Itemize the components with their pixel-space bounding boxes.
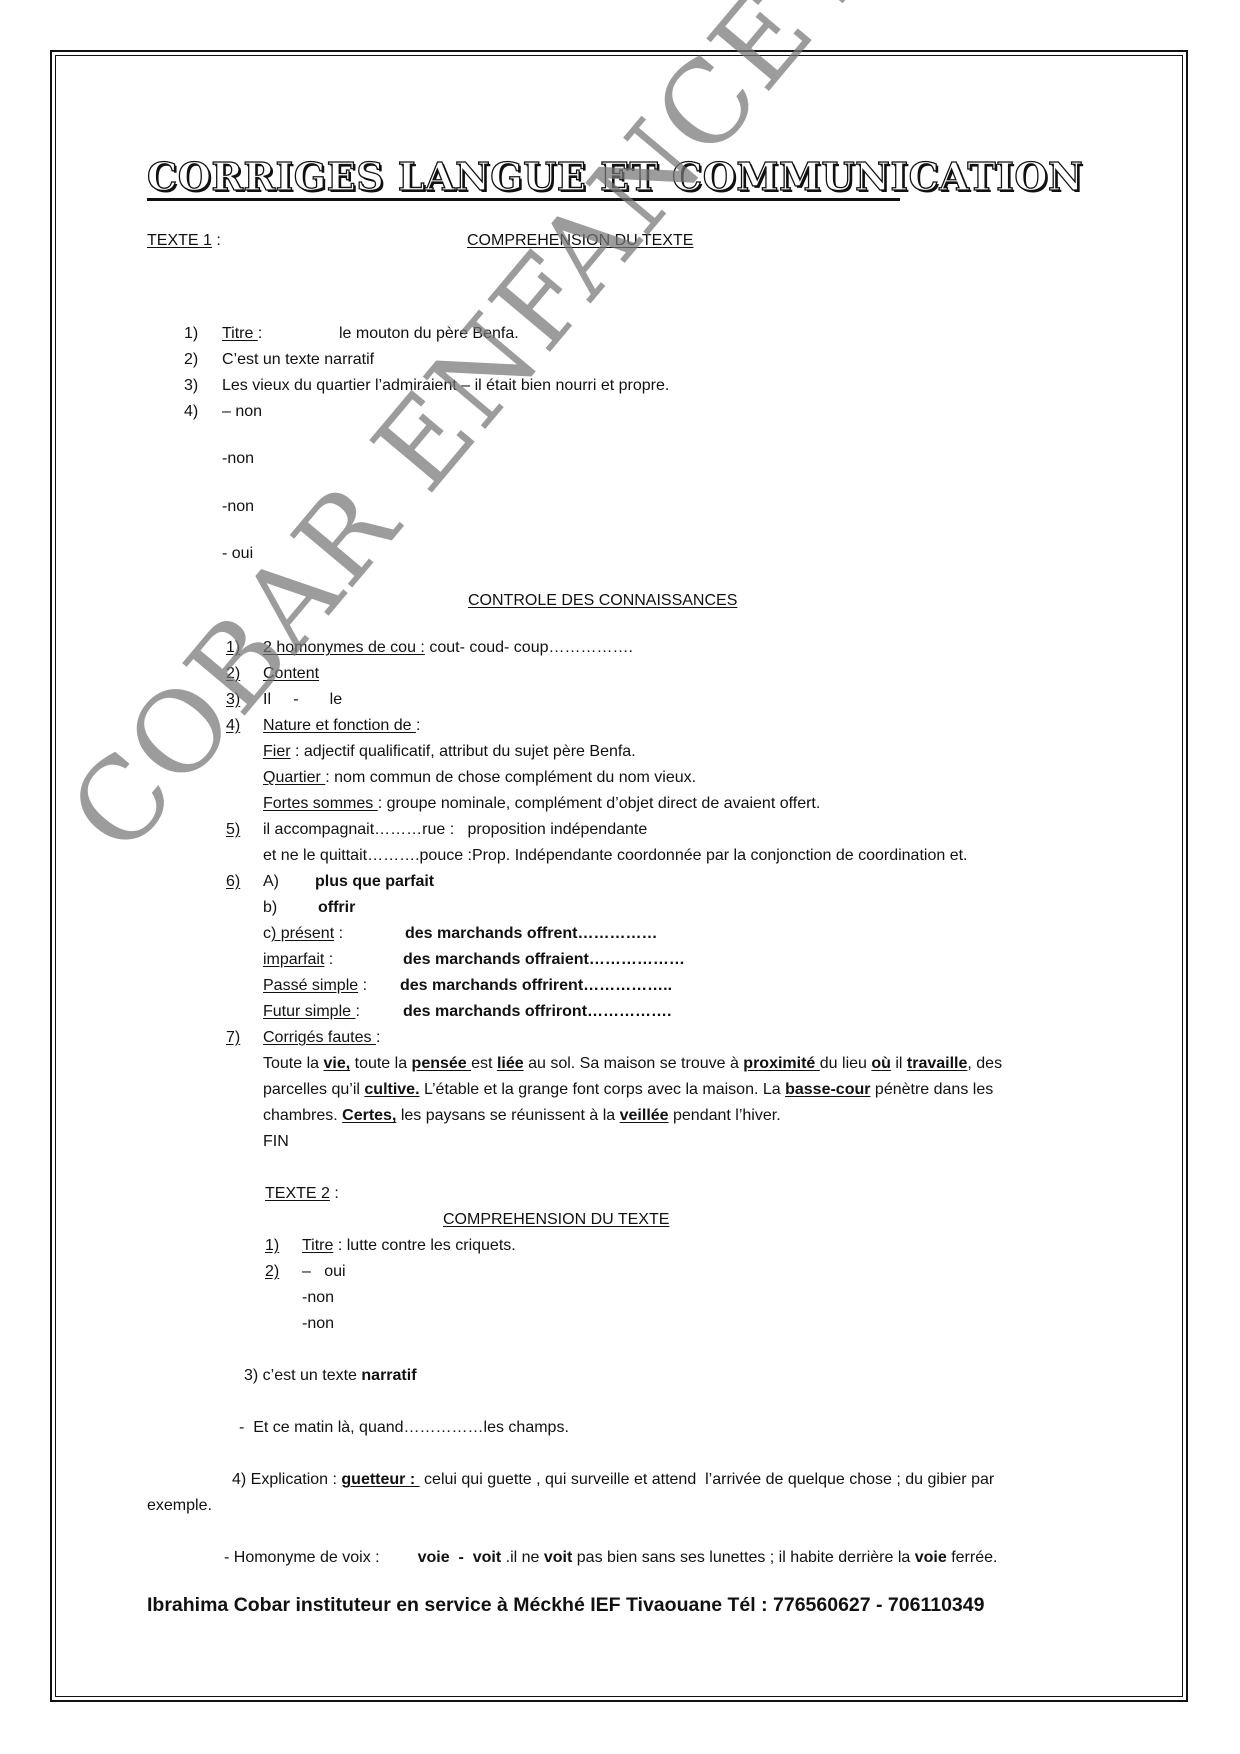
- q4-prefix: 4) Explication :: [232, 1471, 341, 1488]
- corrected-word: travaille: [907, 1055, 967, 1072]
- texte1-item-3: Les vieux du quartier l’admiraient – il …: [222, 376, 669, 396]
- corrected-word: cultive.: [364, 1081, 419, 1098]
- corrected-word: basse-cour: [785, 1081, 870, 1098]
- tense-label: ) présent: [271, 925, 334, 942]
- texte2-q1: Titre : lutte contre les criquets.: [302, 1236, 516, 1256]
- homonyme-line: - Homonyme de voix :voie - voit .il ne v…: [224, 1548, 997, 1568]
- fin-marker: FIN: [263, 1132, 289, 1152]
- text: .il ne: [501, 1549, 544, 1566]
- separator: :: [376, 1029, 380, 1046]
- q6-tense-futur-simple: Futur simple :: [263, 1002, 360, 1022]
- q6-imparfait-value: des marchands offraient………………: [403, 950, 685, 970]
- text: au sol. Sa maison se trouve à: [524, 1055, 744, 1072]
- texte2-label-text: TEXTE 2: [265, 1185, 330, 1202]
- controle-heading: CONTROLE DES CONNAISSANCES: [468, 591, 737, 611]
- corrected-word: où: [871, 1055, 891, 1072]
- q4-line-quartier: Quartier : nom commun de chose complémen…: [263, 768, 696, 788]
- separator: :: [416, 717, 420, 734]
- corrected-word: veillée: [620, 1107, 669, 1124]
- q6-a-label: A): [263, 872, 279, 892]
- document-title: CORRIGES LANGUE ET COMMUNICATION: [147, 154, 1083, 199]
- separator: :: [324, 951, 333, 968]
- corrected-word: pensée: [412, 1055, 472, 1072]
- q4-label: Nature et fonction de: [263, 717, 416, 734]
- q7-label: Corrigés fautes: [263, 1029, 376, 1046]
- text: pas bien sans ses lunettes ; il habite d…: [572, 1549, 914, 1566]
- term: Quartier: [263, 769, 325, 786]
- texte1-item-4: – non: [222, 402, 262, 422]
- texte2-label: TEXTE 2 :: [265, 1184, 339, 1204]
- question-number: 2): [265, 1262, 279, 1282]
- text: est: [471, 1055, 497, 1072]
- answer-4-line: -non: [222, 449, 254, 469]
- texte1-item-1: Titre :: [222, 324, 262, 344]
- footer-author-contact: Ibrahima Cobar instituteur en service à …: [147, 1594, 984, 1617]
- titre-value: : lutte contre les criquets.: [333, 1237, 515, 1254]
- question-number: 5): [226, 820, 240, 840]
- q6-futur-simple-value: des marchands offriront…………….: [403, 1002, 671, 1022]
- definition: : nom commun de chose complément du nom …: [325, 769, 696, 786]
- separator: :: [358, 977, 367, 994]
- q1-value: cout- coud- coup…………….: [425, 639, 633, 656]
- q6-b-value: offrir: [318, 898, 355, 918]
- corrected-word: vie,: [323, 1055, 350, 1072]
- q7-paragraph-line-1: Toute la vie, toute la pensée est liée a…: [263, 1054, 1002, 1074]
- question-number: 2): [226, 664, 240, 684]
- definition: : adjectif qualificatif, attribut du suj…: [291, 743, 636, 760]
- q4-line-fier: Fier : adjectif qualificatif, attribut d…: [263, 742, 636, 762]
- question-number: 3): [226, 690, 240, 710]
- texte1-label: TEXTE 1 :: [147, 231, 221, 251]
- item-number: 3): [184, 376, 198, 396]
- q5-line-2: et ne le quittait……….pouce :Prop. Indépe…: [263, 846, 967, 866]
- text: L’étable et la grange font corps avec la…: [420, 1081, 786, 1098]
- texte2-q3-line2: - Et ce matin là, quand……………les champs.: [239, 1418, 569, 1438]
- q3-bold: narratif: [361, 1367, 416, 1384]
- q6-tense-imparfait: imparfait :: [263, 950, 333, 970]
- texte2-q4-continuation: exemple.: [147, 1496, 212, 1516]
- controle-q3: Il - le: [263, 690, 342, 710]
- tense-label: Futur simple: [263, 1003, 355, 1020]
- separator: :: [355, 1003, 359, 1020]
- term: Fortes sommes: [263, 795, 378, 812]
- q6-a-value: plus que parfait: [315, 872, 434, 892]
- homonyme-word: voie: [418, 1549, 450, 1566]
- text: chambres.: [263, 1107, 342, 1124]
- q6-passe-simple-value: des marchands offrirent……………..: [400, 976, 672, 996]
- answer-4-line: -non: [222, 497, 254, 517]
- text: il: [891, 1055, 907, 1072]
- separator: :: [334, 925, 343, 942]
- dash: -: [450, 1549, 473, 1566]
- texte1-item-2: C’est un texte narratif: [222, 350, 374, 370]
- homonyme-word: voit: [544, 1549, 572, 1566]
- text: du lieu: [820, 1055, 872, 1072]
- controle-q2: Content: [263, 664, 319, 684]
- text: parcelles qu’il: [263, 1081, 364, 1098]
- texte2-label-suffix: :: [330, 1185, 339, 1202]
- homonyme-word: voie: [915, 1549, 947, 1566]
- question-number: 6): [226, 872, 240, 892]
- corrected-word: liée: [497, 1055, 524, 1072]
- titre-label: Titre: [302, 1237, 333, 1254]
- text: pendant l’hiver.: [669, 1107, 781, 1124]
- page-border-inner: [55, 55, 1183, 1697]
- text: Toute la: [263, 1055, 323, 1072]
- question-number: 1): [265, 1236, 279, 1256]
- text: , des: [967, 1055, 1002, 1072]
- corrected-word: Certes,: [342, 1107, 396, 1124]
- q6-b-label: b): [263, 898, 277, 918]
- q3-prefix: 3) c’est un texte: [244, 1367, 361, 1384]
- q6-tense-present: c) présent :: [263, 924, 343, 944]
- titre-label: Titre: [222, 325, 258, 342]
- homonyme-prefix: - Homonyme de voix :: [224, 1549, 380, 1566]
- item-number: 4): [184, 402, 198, 422]
- texte1-comprehension-heading: COMPREHENSION DU TEXTE: [467, 231, 693, 251]
- item-number: 1): [184, 324, 198, 344]
- texte2-q2-answer: -non: [302, 1314, 334, 1334]
- separator: :: [258, 325, 262, 342]
- q4-term: guetteur :: [341, 1471, 419, 1488]
- text: pénètre dans les: [870, 1081, 993, 1098]
- question-number: 4): [226, 716, 240, 736]
- texte1-label-suffix: :: [212, 232, 221, 249]
- prefix: c: [263, 925, 271, 942]
- term: Fier: [263, 743, 291, 760]
- answer-4-line: - oui: [222, 544, 253, 564]
- controle-q1: 2 homonymes de cou : cout- coud- coup…………: [263, 638, 633, 658]
- definition: : groupe nominale, complément d’objet di…: [378, 795, 821, 812]
- q4-line-fortes-sommes: Fortes sommes : groupe nominale, complém…: [263, 794, 820, 814]
- text: toute la: [350, 1055, 411, 1072]
- q4-text: celui qui guette , qui surveille et atte…: [420, 1471, 995, 1488]
- q7-paragraph-line-3: chambres. Certes, les paysans se réuniss…: [263, 1106, 781, 1126]
- controle-q7: Corrigés fautes :: [263, 1028, 380, 1048]
- tense-label: imparfait: [263, 951, 324, 968]
- texte2-q3: 3) c’est un texte narratif: [244, 1366, 417, 1386]
- question-number: 7): [226, 1028, 240, 1048]
- item-number: 2): [184, 350, 198, 370]
- q7-paragraph-line-2: parcelles qu’il cultive. L’étable et la …: [263, 1080, 993, 1100]
- controle-q4: Nature et fonction de :: [263, 716, 420, 736]
- texte2-q2-answer: -non: [302, 1288, 334, 1308]
- corrected-word: proximité: [743, 1055, 819, 1072]
- title-underline: [147, 198, 900, 201]
- text: ferrée.: [947, 1549, 998, 1566]
- text: les paysans se réunissent à la: [396, 1107, 619, 1124]
- texte2-q4: 4) Explication : guetteur : celui qui gu…: [232, 1470, 994, 1490]
- q6-present-value: des marchands offrent……………: [405, 924, 657, 944]
- q5-line-1: il accompagnait………rue : proposition indé…: [263, 820, 647, 840]
- q1-label: 2 homonymes de cou :: [263, 639, 425, 656]
- titre-value: le mouton du père Benfa.: [339, 324, 519, 344]
- texte2-q2-answer: – oui: [302, 1262, 346, 1282]
- q6-tense-passe-simple: Passé simple :: [263, 976, 367, 996]
- question-number: 1): [226, 638, 240, 658]
- texte2-comprehension-heading: COMPREHENSION DU TEXTE: [443, 1210, 669, 1230]
- tense-label: Passé simple: [263, 977, 358, 994]
- texte1-label-text: TEXTE 1: [147, 232, 212, 249]
- homonyme-word: voit: [473, 1549, 501, 1566]
